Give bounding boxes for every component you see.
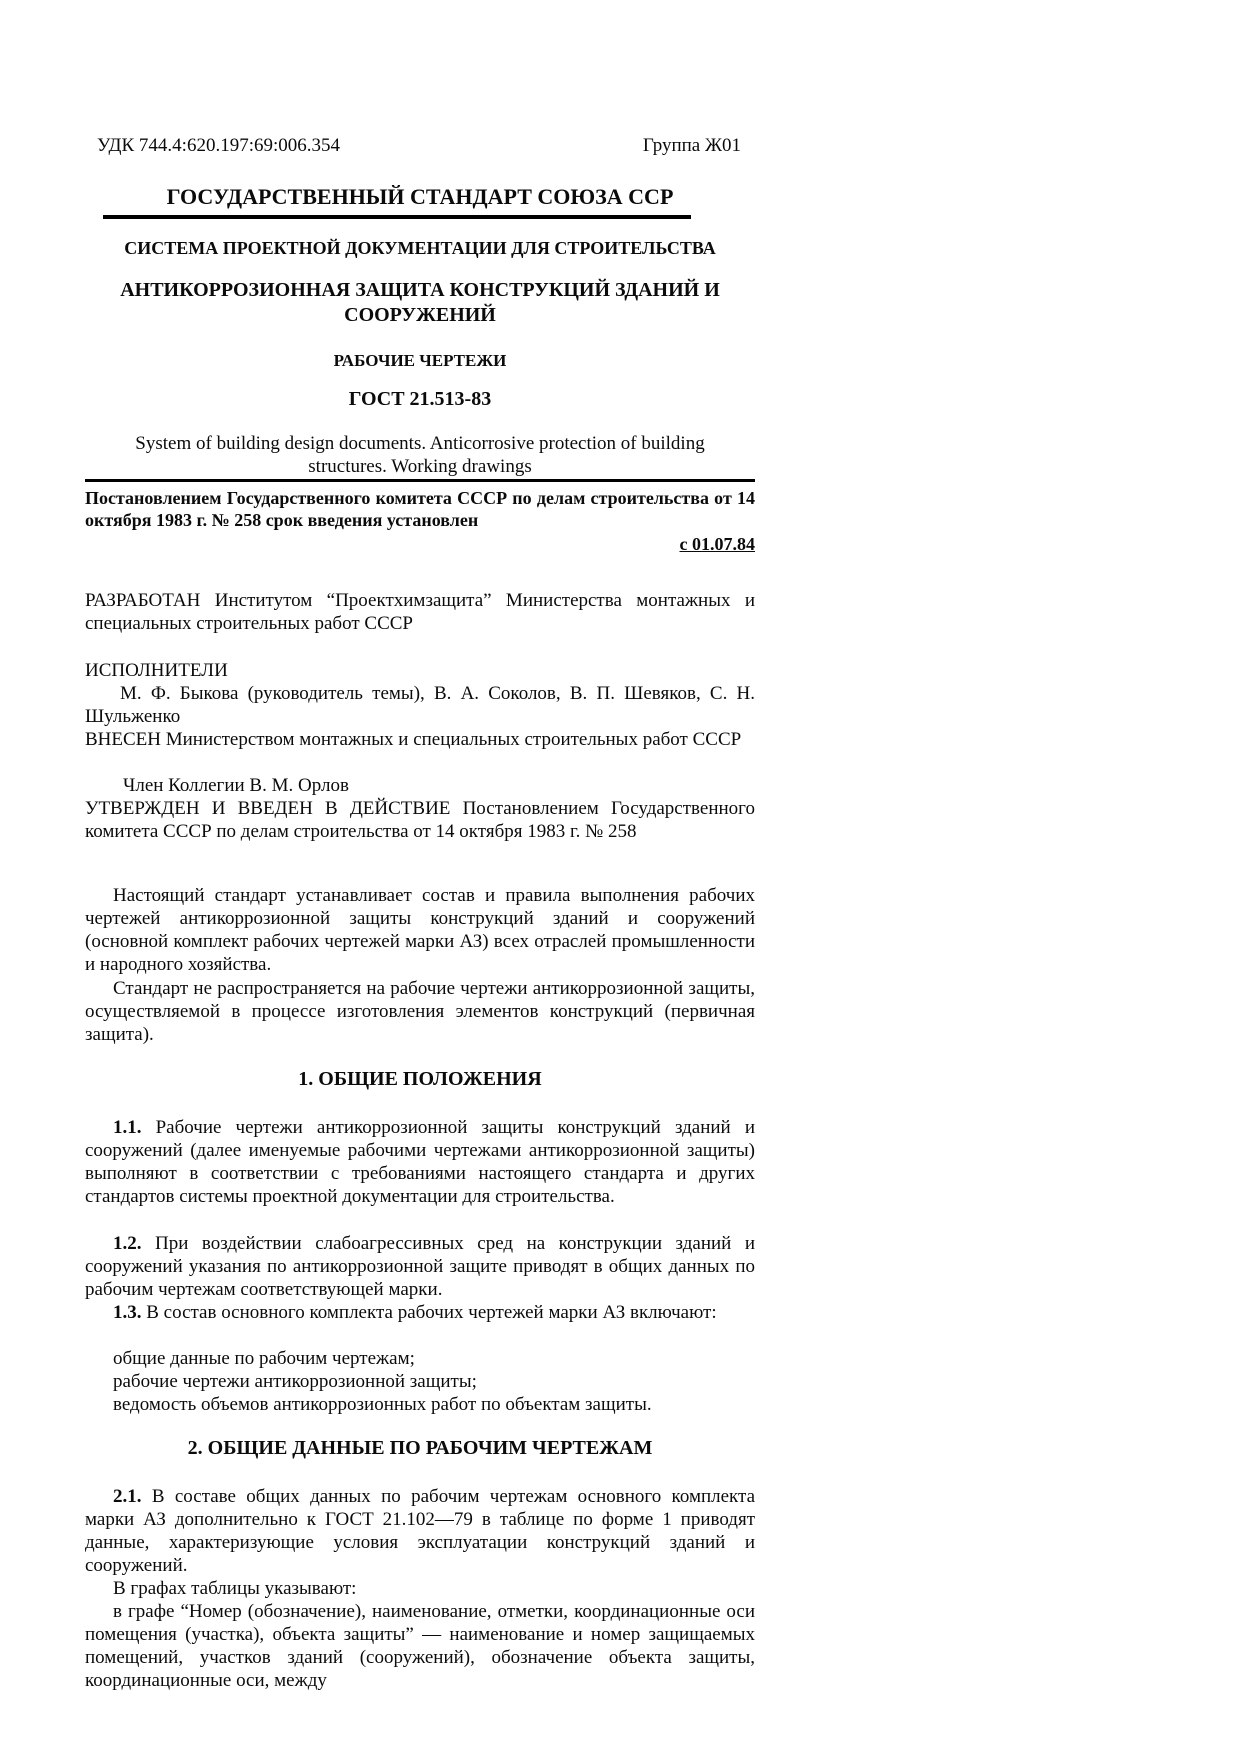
section-1-heading: 1. ОБЩИЕ ПОЛОЖЕНИЯ (85, 1068, 755, 1091)
text-column: УДК 744.4:620.197:69:006.354 Группа Ж01 … (85, 0, 755, 1753)
paragraph-2-3: в графе “Номер (обозначение), наименован… (85, 1600, 755, 1692)
gost-number: ГОСТ 21.513-83 (85, 388, 755, 411)
effective-date-value: с 01.07.84 (680, 534, 756, 554)
paragraph-2-1-text: В составе общих данных по рабочим чертеж… (85, 1486, 755, 1576)
effective-date: с 01.07.84 (85, 533, 755, 556)
divider-thin (85, 479, 755, 482)
board-member: Член Коллегии В. М. Орлов (85, 774, 755, 797)
paragraph-1-3-number: 1.3. (113, 1302, 142, 1323)
paragraph-2-1-number: 2.1. (113, 1486, 142, 1507)
approved-by: УТВЕРЖДЕН И ВВЕДЕН В ДЕЙСТВИЕ Постановле… (85, 797, 755, 843)
system-line: СИСТЕМА ПРОЕКТНОЙ ДОКУМЕНТАЦИИ ДЛЯ СТРОИ… (85, 237, 755, 260)
english-title-text: System of building design documents. Ant… (95, 432, 745, 478)
doc-title: АНТИКОРРОЗИОННАЯ ЗАЩИТА КОНСТРУКЦИЙ ЗДАН… (85, 278, 755, 328)
paragraph-1-1: 1.1. Рабочие чертежи антикоррозионной за… (85, 1116, 755, 1208)
doc-title-text: АНТИКОРРОЗИОННАЯ ЗАЩИТА КОНСТРУКЦИЙ ЗДАН… (110, 278, 730, 328)
group-code: Группа Ж01 (643, 134, 755, 157)
document-page: УДК 744.4:620.197:69:006.354 Группа Ж01 … (0, 0, 1240, 1753)
udk-code: УДК 744.4:620.197:69:006.354 (85, 134, 340, 157)
paragraph-2-2: В графах таблицы указывают: (85, 1577, 755, 1600)
doc-type: РАБОЧИЕ ЧЕРТЕЖИ (85, 349, 755, 372)
paragraph-1-1-text: Рабочие чертежи антикоррозионной защиты … (85, 1117, 755, 1207)
paragraph-1-3: 1.3. В состав основного комплекта рабочи… (85, 1301, 755, 1324)
list-item-2: рабочие чертежи антикоррозионной защиты; (85, 1370, 755, 1393)
list-item-1: общие данные по рабочим чертежам; (85, 1347, 755, 1370)
submitted-by: ВНЕСЕН Министерством монтажных и специал… (85, 728, 755, 751)
executors-label: ИСПОЛНИТЕЛИ (85, 659, 755, 682)
paragraph-1-3-text: В состав основного комплекта рабочих чер… (146, 1302, 716, 1323)
paragraph-2-1: 2.1. В составе общих данных по рабочим ч… (85, 1485, 755, 1577)
divider-thick (103, 215, 691, 219)
developed-by: РАЗРАБОТАН Институтом “Проектхимзащита” … (85, 589, 755, 635)
intro-paragraph-1: Настоящий стандарт устанавливает состав … (85, 884, 755, 976)
paragraph-1-2-text: При воздействии слабоагрессивных сред на… (85, 1233, 755, 1300)
paragraph-1-2-number: 1.2. (113, 1233, 142, 1254)
paragraph-1-1-number: 1.1. (113, 1117, 142, 1138)
list-item-3: ведомость объемов антикоррозионных работ… (85, 1393, 755, 1416)
main-title: ГОСУДАРСТВЕННЫЙ СТАНДАРТ СОЮЗА ССР (85, 183, 755, 210)
udk-group-row: УДК 744.4:620.197:69:006.354 Группа Ж01 (85, 134, 755, 157)
english-title: System of building design documents. Ant… (85, 432, 755, 478)
executors-list: М. Ф. Быкова (руководитель темы), В. А. … (85, 682, 755, 728)
intro-paragraph-2: Стандарт не распространяется на рабочие … (85, 977, 755, 1046)
decree-text: Постановлением Государственного комитета… (85, 487, 755, 531)
section-2-heading: 2. ОБЩИЕ ДАННЫЕ ПО РАБОЧИМ ЧЕРТЕЖАМ (85, 1437, 755, 1460)
paragraph-1-2: 1.2. При воздействии слабоагрессивных ср… (85, 1232, 755, 1301)
